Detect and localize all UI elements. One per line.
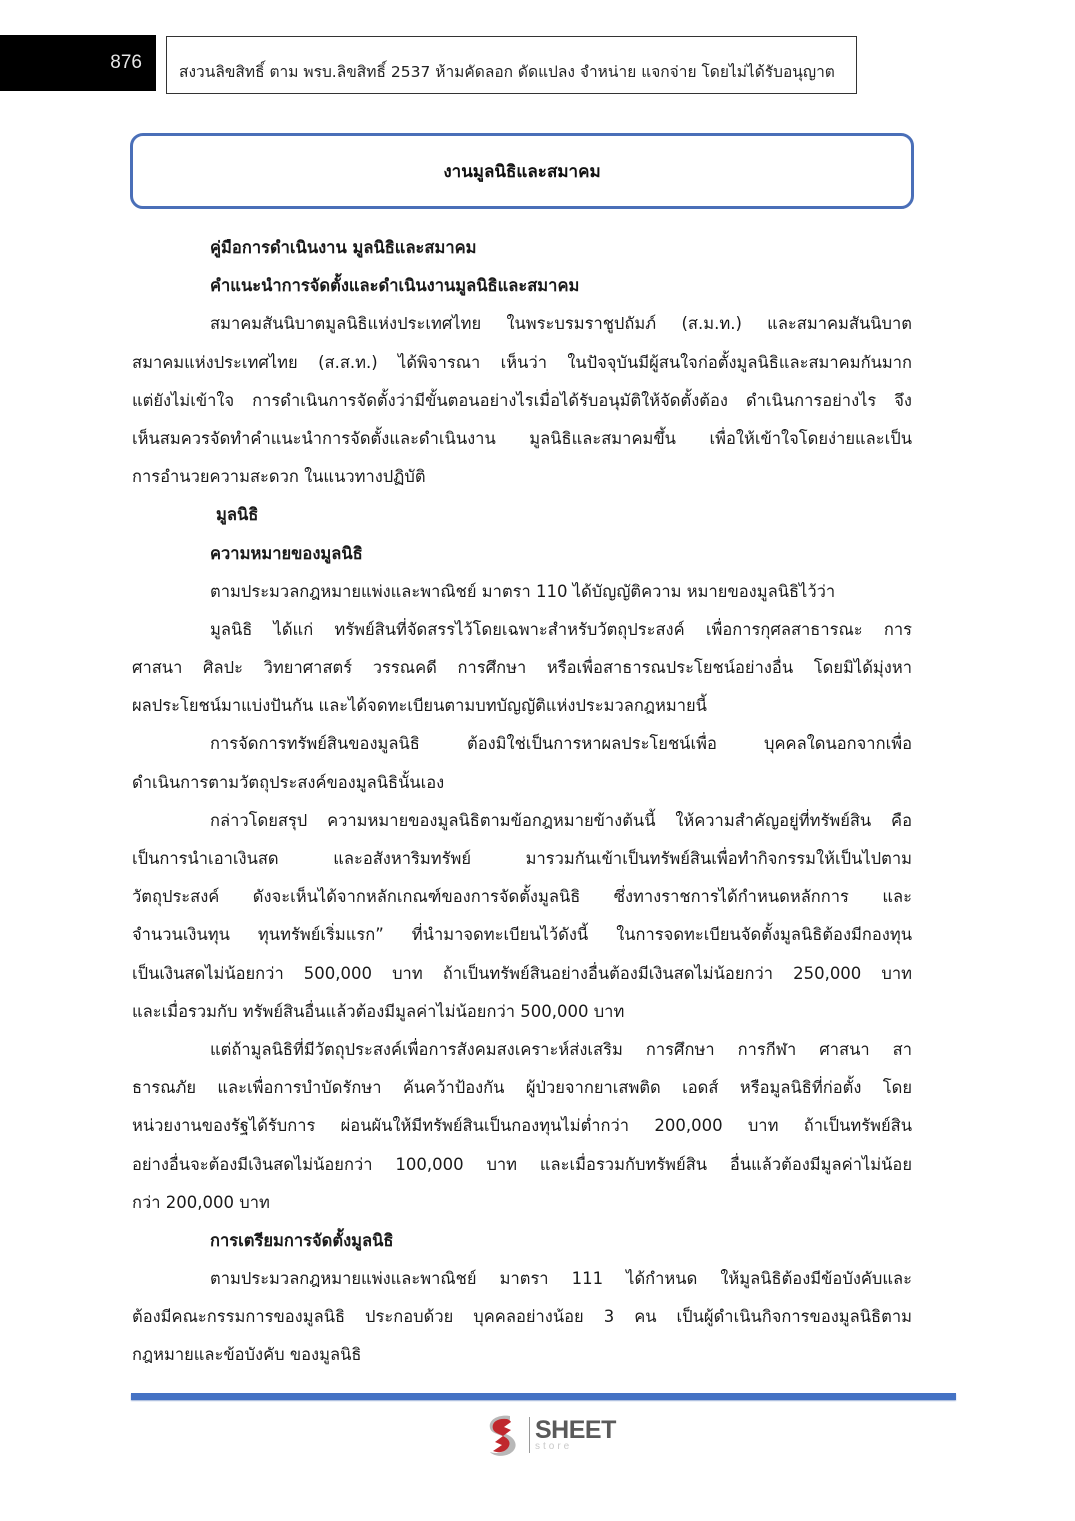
- paragraph-line: จำนวนเงินทุน ทุนทรัพย์เริ่มแรก” ที่นำมาจ…: [132, 916, 912, 954]
- paragraph-line: เห็นสมควรจัดทำคำแนะนำการจัดตั้งและดำเนิน…: [132, 420, 912, 458]
- paragraph-line: ต้องมีคณะกรรมการของมูลนิธิ ประกอบด้วย บุ…: [132, 1298, 912, 1336]
- paragraph-line: การจัดการทรัพย์สินของมูลนิธิ ต้องมิใช่เป…: [132, 725, 912, 763]
- paragraph-line: ธารณภัย และเพื่อการบำบัดรักษา ค้นคว้าป้อ…: [132, 1069, 912, 1107]
- paragraph-line: แต่ถ้ามูลนิธิที่มีวัตถุประสงค์เพื่อการสั…: [132, 1031, 912, 1069]
- section-heading: มูลนิธิ: [132, 496, 912, 534]
- logo-divider: [529, 1417, 530, 1453]
- sheet-store-logo: SHEET store: [480, 1411, 616, 1459]
- sheet-store-s-logo-icon: [480, 1412, 526, 1458]
- copyright-notice: สงวนลิขสิทธิ์ ตาม พรบ.ลิขสิทธิ์ 2537 ห้า…: [179, 59, 835, 84]
- paragraph-line: ดำเนินการตามวัตถุประสงค์ของมูลนิธินั้นเอ…: [132, 764, 912, 802]
- logo-text: SHEET store: [535, 1418, 616, 1452]
- logo-subtitle: store: [535, 1442, 616, 1452]
- section-heading: คู่มือการดำเนินงาน มูลนิธิและสมาคม: [132, 229, 912, 267]
- paragraph-line: ผลประโยชน์มาแบ่งปันกัน และได้จดทะเบียนตา…: [132, 687, 912, 725]
- paragraph-line: หน่วยงานของรัฐได้รับการ ผ่อนผันให้มีทรัพ…: [132, 1107, 912, 1145]
- paragraph-line: แต่ยังไม่เข้าใจ การดำเนินการจัดตั้งว่ามี…: [132, 382, 912, 420]
- paragraph-line: เป็นการนำเอาเงินสด และอสังหาริมทรัพย์ มา…: [132, 840, 912, 878]
- paragraph-line: อย่างอื่นจะต้องมีเงินสดไม่น้อยกว่า 100,0…: [132, 1146, 912, 1184]
- section-heading: การเตรียมการจัดตั้งมูลนิธิ: [132, 1222, 912, 1260]
- paragraph-line: สมาคมแห่งประเทศไทย (ส.ส.ท.) ได้พิจารณา เ…: [132, 344, 912, 382]
- page-number-box: 876: [0, 35, 156, 91]
- paragraph-line: กว่า 200,000 บาท: [132, 1184, 912, 1222]
- paragraph-line: เป็นเงินสดไม่น้อยกว่า 500,000 บาท ถ้าเป็…: [132, 955, 912, 993]
- section-heading: ความหมายของมูลนิธิ: [132, 535, 912, 573]
- section-heading: คำแนะนำการจัดตั้งและดำเนินงานมูลนิธิและส…: [132, 267, 912, 305]
- paragraph-line: วัตถุประสงค์ ดังจะเห็นได้จากหลักเกณฑ์ของ…: [132, 878, 912, 916]
- paragraph-line: กล่าวโดยสรุป ความหมายของมูลนิธิตามข้อกฎห…: [132, 802, 912, 840]
- footer-divider-bar: [131, 1393, 956, 1400]
- paragraph-line: ตามประมวลกฎหมายแพ่งและพาณิชย์ มาตรา 110 …: [132, 573, 912, 611]
- copyright-notice-box: สงวนลิขสิทธิ์ ตาม พรบ.ลิขสิทธิ์ 2537 ห้า…: [166, 36, 857, 94]
- logo-word: SHEET: [535, 1418, 616, 1443]
- paragraph-line: และเมื่อรวมกับ ทรัพย์สินอื่นแล้วต้องมีมู…: [132, 993, 912, 1031]
- paragraph-line: สมาคมสันนิบาตมูลนิธิแห่งประเทศไทย ในพระบ…: [132, 305, 912, 343]
- section-title-box: งานมูลนิธิและสมาคม: [130, 133, 914, 209]
- paragraph-line: ตามประมวลกฎหมายแพ่งและพาณิชย์ มาตรา 111 …: [132, 1260, 912, 1298]
- paragraph-line: การอำนวยความสะดวก ในแนวทางปฏิบัติ: [132, 458, 912, 496]
- paragraph-line: กฎหมายและข้อบังคับ ของมูลนิธิ: [132, 1336, 912, 1374]
- paragraph-line: มูลนิธิ ได้แก่ ทรัพย์สินที่จัดสรรไว้โดยเ…: [132, 611, 912, 649]
- paragraph-line: ศาสนา ศิลปะ วิทยาศาสตร์ วรรณคดี การศึกษา…: [132, 649, 912, 687]
- section-title: งานมูลนิธิและสมาคม: [443, 158, 600, 185]
- document-body: คู่มือการดำเนินงาน มูลนิธิและสมาคมคำแนะน…: [132, 229, 912, 1375]
- page-number: 876: [110, 52, 142, 74]
